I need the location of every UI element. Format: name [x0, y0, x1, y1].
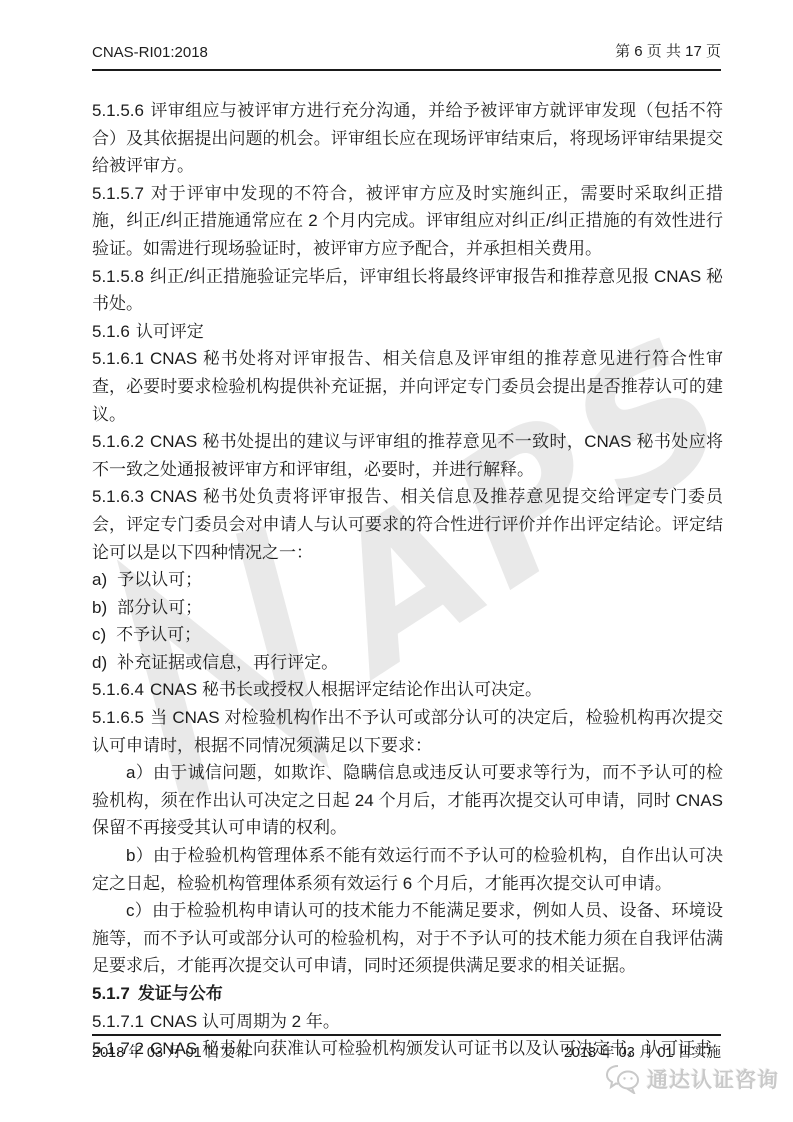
sub-paragraph: c）由于检验机构申请认可的技术能力不能满足要求，例如人员、设备、环境设施等，而不…: [92, 897, 723, 980]
clause-text: CNAS 秘书长或授权人根据评定结论作出认可决定。: [150, 680, 542, 699]
list-text: 部分认可；: [117, 598, 202, 617]
list-marker: c): [92, 625, 106, 644]
paragraph: 5.1.6认可评定: [92, 318, 723, 346]
clause-number: 5.1.5.7: [92, 184, 144, 203]
paragraph: 5.1.6.4CNAS 秘书长或授权人根据评定结论作出认可决定。: [92, 676, 723, 704]
clause-number: 5.1.6.1: [92, 349, 144, 368]
sub-paragraph: a）由于诚信问题，如欺诈、隐瞒信息或违反认可要求等行为，而不予认可的检验机构，须…: [92, 759, 723, 842]
implement-date: 2018 年 03 月 01 日实施: [564, 1041, 721, 1062]
list-marker: a）: [126, 763, 153, 782]
page-header: CNAS-RI01:2018 第 6 页 共 17 页: [92, 40, 721, 71]
release-date: 2018 年 03 月 01 日发布: [92, 1041, 249, 1062]
paragraph: 5.1.6.5当 CNAS 对检验机构作出不予认可或部分认可的决定后，检验机构再…: [92, 704, 723, 759]
list-text: 予以认可；: [117, 570, 202, 589]
paragraph: 5.1.6.3CNAS 秘书处负责将评审报告、相关信息及推荐意见提交给评定专门委…: [92, 483, 723, 566]
clause-number: 5.1.6.5: [92, 708, 144, 727]
clause-text: CNAS 秘书处负责将评审报告、相关信息及推荐意见提交给评定专门委员会，评定专门…: [92, 487, 723, 561]
clause-text: 评审组应与被评审方进行充分沟通，并给予被评审方就评审发现（包括不符合）及其依据提…: [92, 101, 723, 175]
chat-bubbles-icon: [606, 1064, 642, 1094]
paragraph: 5.1.5.6评审组应与被评审方进行充分沟通，并给予被评审方就评审发现（包括不符…: [92, 97, 723, 180]
paragraph: 5.1.6.2CNAS 秘书处提出的建议与评审组的推荐意见不一致时，CNAS 秘…: [92, 428, 723, 483]
clause-text: 纠正/纠正措施验证完毕后，评审组长将最终评审报告和推荐意见报 CNAS 秘书处。: [92, 267, 723, 314]
list-item: b)部分认可；: [92, 594, 723, 622]
sub-text: 由于检验机构管理体系不能有效运行而不予认可的检验机构，自作出认可决定之日起，检验…: [92, 846, 723, 893]
brand-name: 通达认证咨询: [647, 1064, 779, 1094]
section-heading: 5.1.7发证与公布: [92, 980, 723, 1008]
doc-code: CNAS-RI01:2018: [92, 44, 208, 61]
clause-text: CNAS 认可周期为 2 年。: [150, 1012, 340, 1031]
sub-paragraph: b）由于检验机构管理体系不能有效运行而不予认可的检验机构，自作出认可决定之日起，…: [92, 842, 723, 897]
clause-text: CNAS 秘书处提出的建议与评审组的推荐意见不一致时，CNAS 秘书处应将不一致…: [92, 432, 723, 479]
sub-text: 由于检验机构申请认可的技术能力不能满足要求，例如人员、设备、环境设施等，而不予认…: [92, 901, 723, 975]
list-marker: a): [92, 570, 107, 589]
sub-text: 由于诚信问题，如欺诈、隐瞒信息或违反认可要求等行为，而不予认可的检验机构，须在作…: [92, 763, 723, 837]
clause-text: CNAS 秘书处将对评审报告、相关信息及评审组的推荐意见进行符合性审查，必要时要…: [92, 349, 723, 423]
clause-number: 5.1.5.8: [92, 267, 144, 286]
paragraph: 5.1.7.1CNAS 认可周期为 2 年。: [92, 1008, 723, 1036]
page-footer: 2018 年 03 月 01 日发布 2018 年 03 月 01 日实施: [92, 1034, 721, 1062]
clause-number: 5.1.7.1: [92, 1012, 144, 1031]
list-item: d)补充证据或信息，再行评定。: [92, 649, 723, 677]
list-item: c)不予认可；: [92, 621, 723, 649]
list-marker: d): [92, 653, 107, 672]
paragraph: 5.1.5.7对于评审中发现的不符合，被评审方应及时实施纠正，需要时采取纠正措施…: [92, 180, 723, 263]
clause-number: 5.1.6.2: [92, 432, 144, 451]
clause-text: 对于评审中发现的不符合，被评审方应及时实施纠正，需要时采取纠正措施，纠正/纠正措…: [92, 184, 723, 258]
list-item: a)予以认可；: [92, 566, 723, 594]
clause-number: 5.1.6.4: [92, 680, 144, 699]
brand-badge: 通达认证咨询: [606, 1064, 779, 1094]
list-text: 补充证据或信息，再行评定。: [117, 653, 338, 672]
list-text: 不予认可；: [116, 625, 201, 644]
clause-text: 认可评定: [136, 322, 204, 341]
clause-number: 5.1.6.3: [92, 487, 144, 506]
document-page: APS CNAS-RI01:2018 第 6 页 共 17 页 5.1.5.6评…: [0, 0, 793, 1122]
list-marker: b): [92, 598, 107, 617]
clause-number: 5.1.6: [92, 322, 130, 341]
clause-text: 当 CNAS 对检验机构作出不予认可或部分认可的决定后，检验机构再次提交认可申请…: [92, 708, 723, 755]
list-marker: b）: [126, 846, 153, 865]
document-body: 5.1.5.6评审组应与被评审方进行充分沟通，并给予被评审方就评审发现（包括不符…: [92, 97, 723, 1063]
heading-text: 发证与公布: [138, 984, 223, 1003]
clause-number: 5.1.5.6: [92, 101, 144, 120]
paragraph: 5.1.6.1CNAS 秘书处将对评审报告、相关信息及评审组的推荐意见进行符合性…: [92, 345, 723, 428]
clause-number: 5.1.7: [92, 984, 130, 1003]
paragraph: 5.1.5.8纠正/纠正措施验证完毕后，评审组长将最终评审报告和推荐意见报 CN…: [92, 263, 723, 318]
page-number: 第 6 页 共 17 页: [615, 40, 721, 61]
list-marker: c）: [126, 901, 152, 920]
